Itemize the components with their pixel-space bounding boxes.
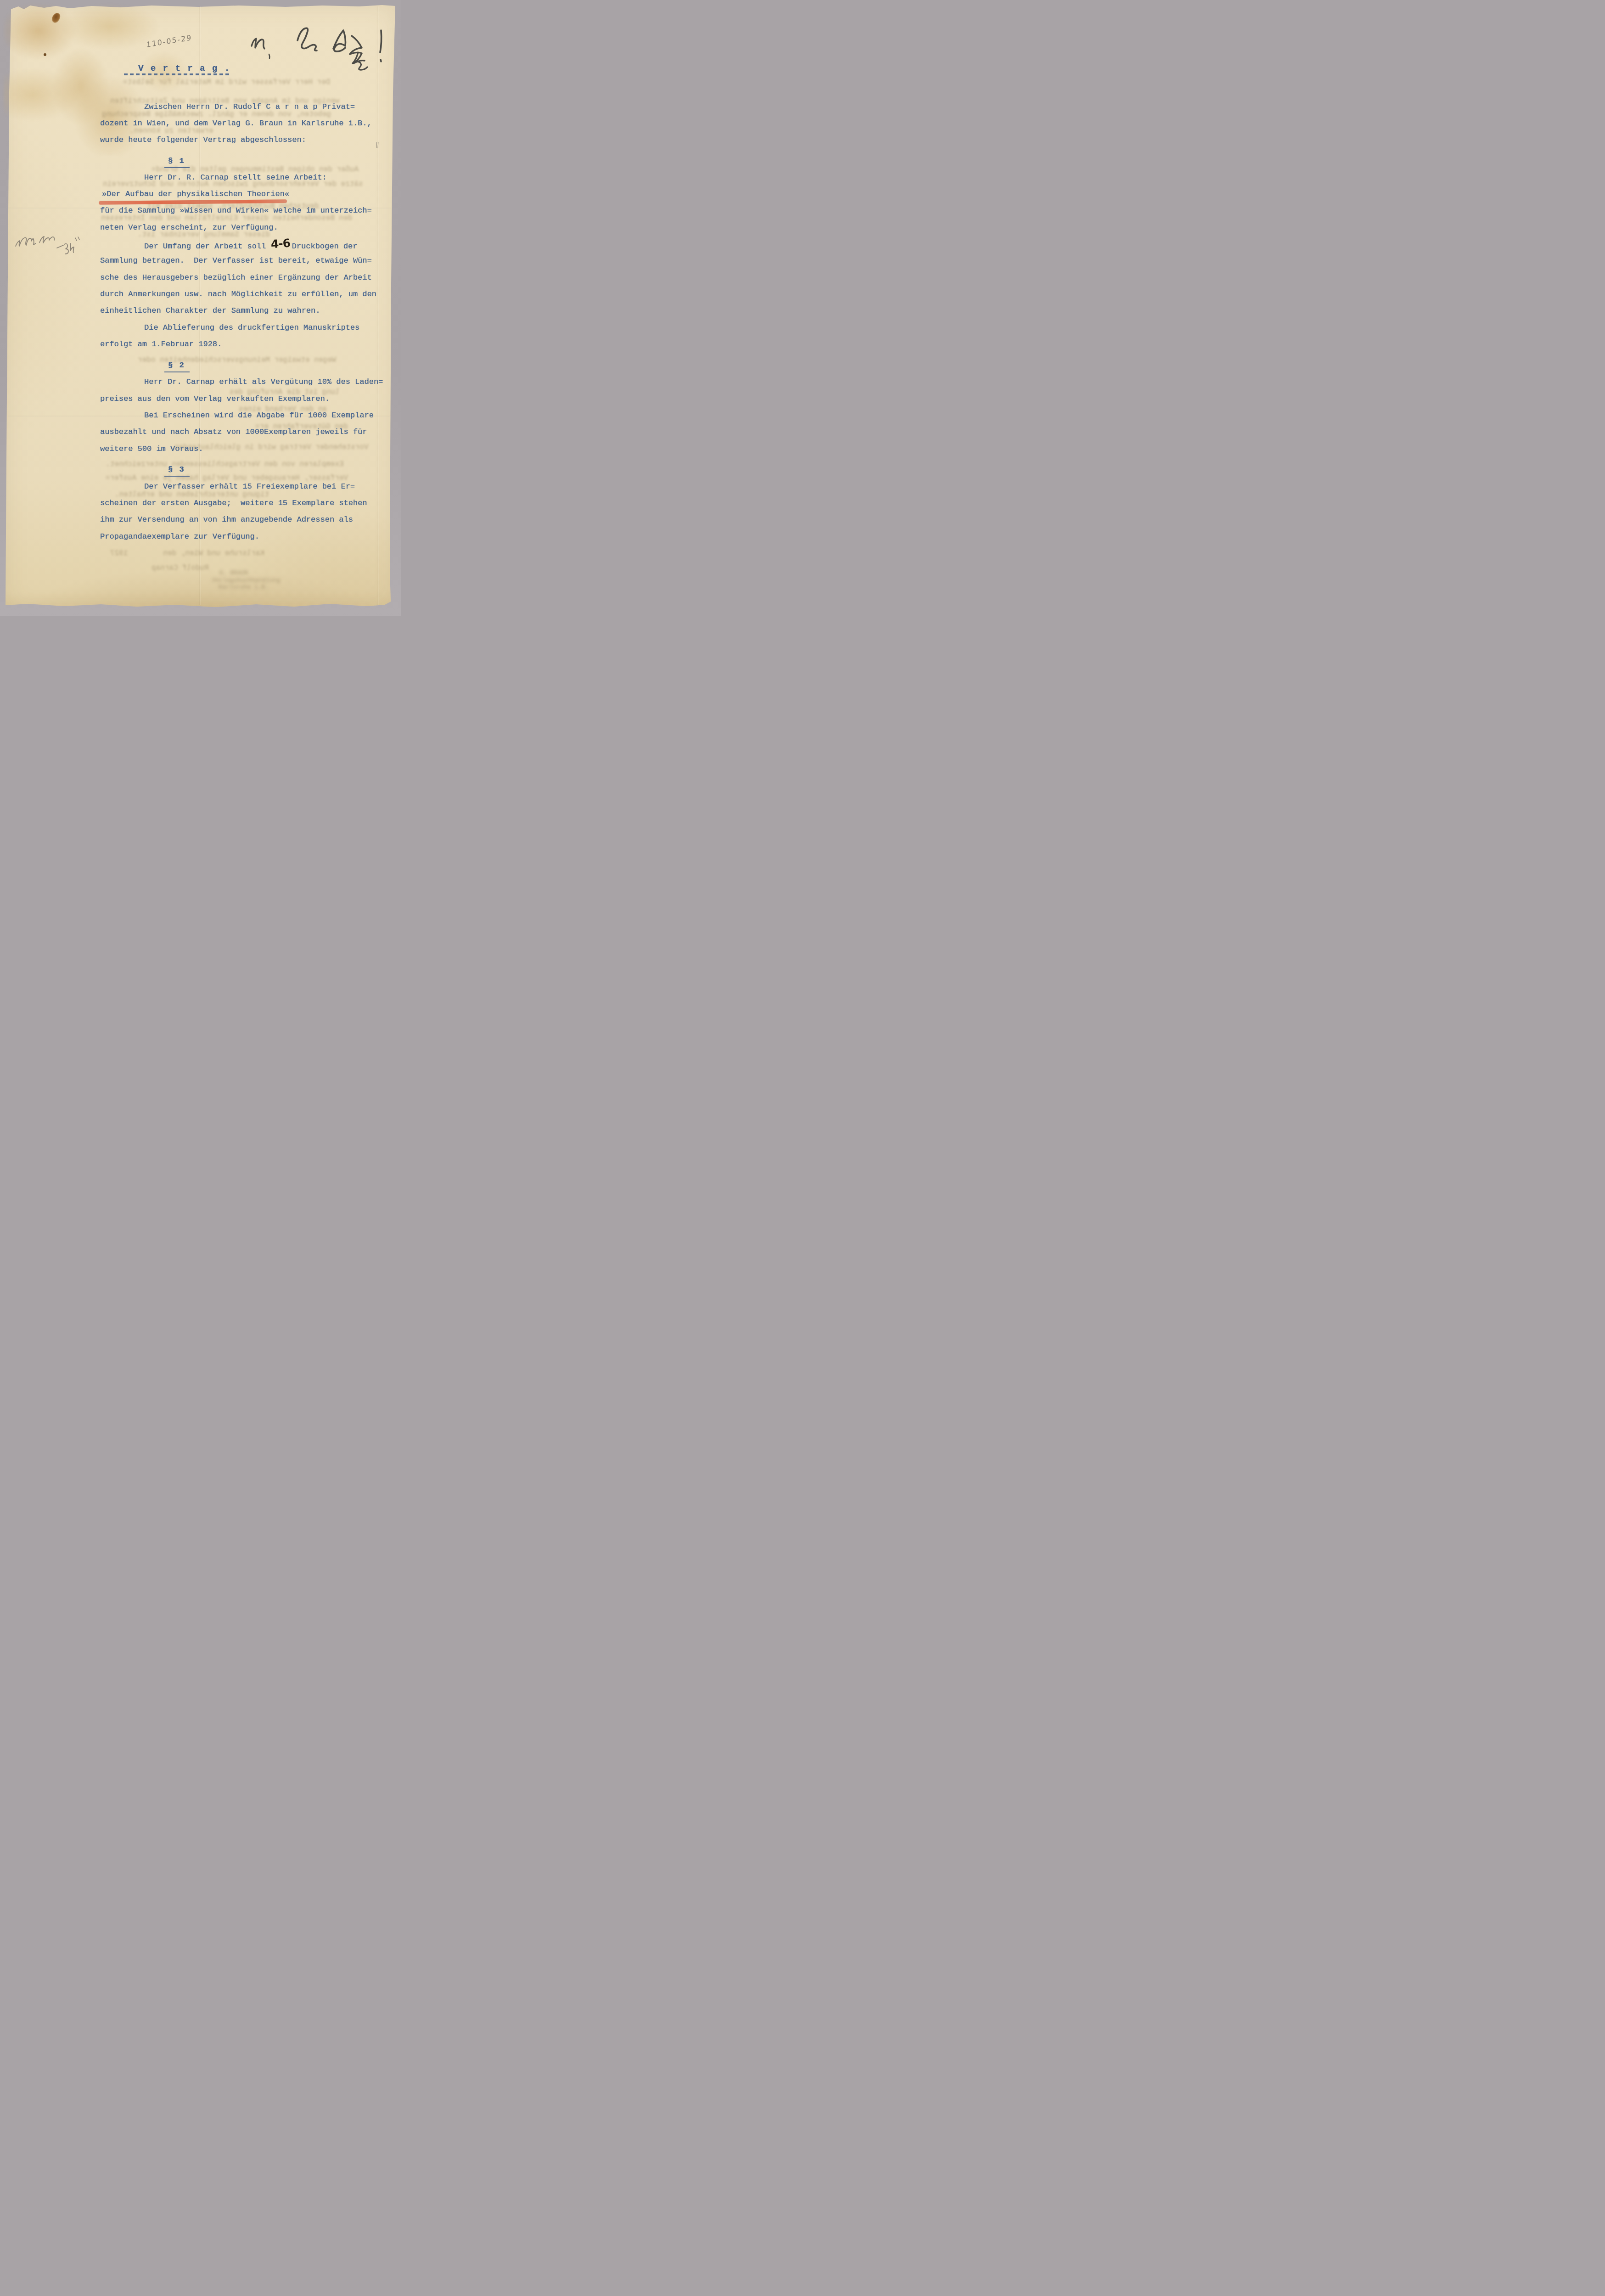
- handwritten-sheet-count: 4-6: [271, 238, 291, 250]
- title-underline-dashes: [124, 73, 231, 75]
- intro-line: Zwischen Herrn Dr. Rudolf C a r n a p Pr…: [144, 102, 355, 113]
- ink-scribble-annotation: [243, 22, 395, 63]
- pencil-margin-note: [13, 231, 82, 258]
- contract-line: Die Ablieferung des druckfertigen Manusk…: [144, 323, 359, 333]
- ghost-bleedthrough-line: Der Herr Verfasser wird im Material für …: [123, 78, 330, 86]
- intro-line: wurde heute folgender Vertrag abgeschlos…: [100, 135, 306, 146]
- document-title: V e r t r a g .: [138, 63, 230, 73]
- contract-line: Herr Dr. R. Carnap stellt seine Arbeit:: [144, 173, 327, 183]
- section-heading-2: § 2: [164, 361, 190, 372]
- contract-line: Herr Dr. Carnap erhält als Vergütung 10%…: [144, 377, 383, 388]
- contract-line: Sammlung betragen. Der Verfasser ist ber…: [100, 256, 372, 266]
- contract-line: preises aus den vom Verlag verkauften Ex…: [100, 394, 330, 405]
- contract-line: scheinen der ersten Ausgabe; weitere 15 …: [100, 499, 367, 509]
- section-heading-1: § 1: [164, 157, 190, 168]
- contract-line: ihm zur Versendung an von ihm anzugebend…: [100, 515, 353, 525]
- scanned-contract-page: Der Herr Verfasser wird im Material für …: [0, 0, 401, 616]
- ghost-bleedthrough-line: Verfasser, Herausgeber und Verlag haben …: [106, 474, 348, 482]
- ghost-stamp-line: Verlagsbuchhandlung: [212, 577, 280, 584]
- contract-line: durch Anmerkungen usw. nach Möglichkeit …: [100, 290, 376, 300]
- intro-line: dozent in Wien, und dem Verlag G. Braun …: [100, 119, 372, 129]
- ghost-bleedthrough-line: Rudolf Carnap: [152, 564, 209, 572]
- right-margin-pencil-mark: ‖: [375, 141, 380, 149]
- contract-line: Propagandaexemplare zur Verfügung.: [100, 532, 259, 542]
- contract-line-with-handwriting: Der Umfang der Arbeit soll 4-6Druckbogen…: [144, 240, 357, 252]
- contract-line: erfolgt am 1.Februar 1928.: [100, 340, 222, 350]
- work-title-line: »Der Aufbau der physikalischen Theorien«: [102, 190, 289, 200]
- contract-line: sche des Herausgebers bezüglich einer Er…: [100, 273, 372, 283]
- contract-line: Der Verfasser erhält 15 Freiexemplare be…: [144, 482, 355, 492]
- contract-line: für die Sammlung »Wissen und Wirken« wel…: [100, 206, 372, 216]
- contract-line: einheitlichen Charakter der Sammlung zu …: [100, 306, 320, 316]
- ghost-bleedthrough-line: Karlsruhe und Wien, den 1927: [110, 549, 264, 557]
- ghost-bleedthrough-line: Exemplaren von den Vertragschliessenden …: [106, 460, 343, 468]
- contract-line: weitere 500 im Voraus.: [100, 445, 203, 455]
- ghost-stamp-line: Karlsruhe i.B.: [219, 584, 269, 591]
- ghost-bleedthrough-line: Vorstehender Vertrag wird in gleichlaute…: [174, 443, 368, 451]
- contract-line: neten Verlag erscheint, zur Verfügung.: [100, 223, 278, 233]
- contract-line: Bei Erscheinen wird die Abgabe für 1000 …: [144, 411, 374, 421]
- section-heading-3: § 3: [164, 465, 190, 477]
- ghost-stamp-line: G. BRAUN: [219, 569, 248, 576]
- contract-line: ausbezahlt und nach Absatz von 1000Exemp…: [100, 428, 367, 438]
